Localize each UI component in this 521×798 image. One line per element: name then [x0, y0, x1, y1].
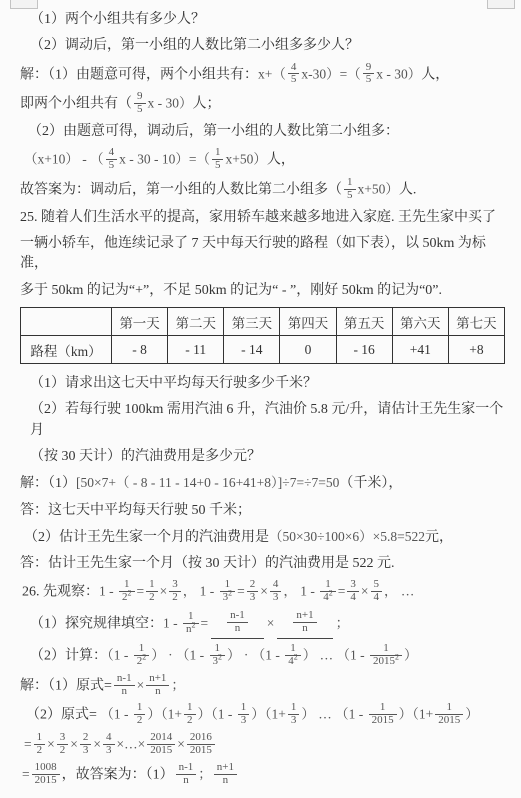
fraction: 13 [288, 702, 300, 727]
fraction: 120152 [370, 643, 402, 668]
text-run: 答：这七天中平均每天行驶 50 千米； [20, 503, 251, 518]
math-run: ）（1+ [399, 707, 434, 722]
fraction: 132 [210, 643, 226, 668]
fraction: n-1n [114, 673, 135, 698]
fraction: n-1n [176, 762, 197, 787]
math-run: = [338, 584, 346, 599]
math-run: （1 - [107, 648, 132, 663]
math-run: × [93, 737, 101, 752]
text-line: 解：（1）由题意可得，两个小组共有：x+（45x-30）=（95x - 30）人… [20, 63, 507, 88]
fraction-denominator: 2015 [147, 745, 175, 757]
table-header-cell: 第五天 [336, 308, 392, 336]
table-cell: - 11 [168, 336, 224, 364]
text-run: （2）若每行驶 100km 需用汽油 6 升，汽油价 5.8 元/升，请估计王先… [30, 402, 503, 437]
table-cell: 0 [280, 336, 336, 364]
table-header-cell: 第三天 [224, 308, 280, 336]
table-cell: +8 [448, 336, 504, 364]
text-run: 解：（1） [20, 476, 76, 491]
fraction: n+1n [214, 762, 237, 787]
text-run: 多于 50km 的记为“+”，不足 50km 的记为“ - ”，刚好 50km … [20, 283, 442, 298]
math-run: ， 1 - [283, 584, 318, 599]
math-run: （1 - [100, 707, 132, 722]
text-line: 解：（1）[50×7+（ - 8 - 11 - 14+0 - 16+41+8）]… [20, 473, 507, 494]
fraction: 142 [320, 579, 336, 604]
fraction-denominator: 2 [57, 745, 69, 757]
fraction: 23 [247, 579, 259, 604]
math-run: = [137, 584, 145, 599]
fraction: 13 [238, 702, 250, 727]
fraction-denominator: 3 [103, 745, 115, 757]
fraction-denominator: 3 [80, 745, 92, 757]
fraction-denominator: 22 [119, 592, 135, 604]
text-line: （按 30 天计）的汽油费用是多少元？ [20, 447, 507, 467]
fraction-denominator: 4 [371, 592, 383, 604]
fraction: 12 [146, 579, 158, 604]
fraction: 12 [34, 732, 46, 757]
fraction-denominator: n [227, 623, 248, 635]
text-run: 人， [421, 67, 449, 82]
text-line: 答：这七天中平均每天行驶 50 千米； [20, 501, 507, 521]
fraction-denominator: 42 [320, 592, 336, 604]
text-run: （1）请求出这七天中平均每天行驶多少千米？ [30, 376, 317, 391]
text-line: （2）若每行驶 100km 需用汽油 6 升，汽油价 5.8 元/升，请估计王先… [20, 400, 507, 441]
fraction-numerator: 1008 [32, 762, 60, 775]
fraction: 43 [270, 579, 282, 604]
fraction-denominator: 3 [238, 715, 250, 727]
text-run: 人. [399, 183, 417, 198]
page-corner-mark-left [10, 0, 38, 9]
fraction: 45 [106, 147, 118, 172]
fraction: 12 [184, 702, 196, 727]
exponent: 2 [192, 620, 196, 629]
text-line: （2）由题意可得，调动后，第一小组的人数比第二小组多： [20, 122, 507, 142]
text-run: 解：（1）原式= [20, 678, 112, 693]
fraction: 95 [134, 91, 146, 116]
fraction-denominator: n2 [183, 624, 199, 636]
fraction: 12015 [369, 702, 397, 727]
fraction: 132 [220, 579, 236, 604]
fraction-denominator: 20152 [370, 656, 402, 668]
exponent: 2 [228, 589, 232, 598]
fraction: 54 [371, 579, 383, 604]
fraction: 122 [134, 643, 150, 668]
fraction-numerator: n+1 [214, 762, 237, 775]
solution-section-25-26: （1）请求出这七天中平均每天行驶多少千米？（2）若每行驶 100km 需用汽油 … [20, 374, 507, 788]
text-run: （千米）， [339, 476, 402, 491]
math-run: x - 30） [148, 96, 193, 111]
text-line: （2）估计王先生家一个月的汽油费用是（50×30÷100×6）×5.8=522元… [20, 527, 507, 548]
text-run: 一辆小轿车，他连续记录了 7 天中每天行驶的路程（如下表），以 50km 为标准… [20, 236, 486, 271]
fraction-denominator: 2 [184, 715, 196, 727]
fraction: n-1n [227, 610, 248, 635]
math-run: x+50） [225, 152, 266, 167]
math-run: × [267, 616, 275, 631]
exponent: 2 [142, 652, 146, 661]
fraction-denominator: n [176, 775, 197, 787]
fraction-denominator: 3 [288, 715, 300, 727]
fraction: 20162015 [187, 732, 215, 757]
fraction-denominator: 5 [212, 160, 224, 172]
math-run: x+（ [258, 66, 286, 81]
table-cell: +41 [392, 336, 448, 364]
math-run: x - 30） [376, 66, 421, 81]
fraction: 15 [212, 147, 224, 172]
math-run: x - 30 - 10）=（ [119, 152, 210, 167]
text-run: （2）调动后，第一小组的人数比第二小组多多少人？ [30, 38, 359, 53]
table-cell: 路程（km） [21, 336, 112, 364]
exponent: 2 [294, 652, 298, 661]
text-line: 答：估计王先生家一个月（按 30 天计）的汽油费用是 522 元. [20, 554, 507, 574]
text-run: 人； [193, 97, 221, 112]
math-run: = [24, 737, 32, 752]
fraction-denominator: 2 [169, 592, 181, 604]
text-run: （1）两个小组共有多少人？ [30, 12, 205, 27]
math-run: × [160, 584, 168, 599]
distance-table-body: 路程（km）- 8- 11- 140- 16+41+8 [21, 336, 505, 364]
fraction-denominator: 3 [247, 592, 259, 604]
fraction-denominator: 2 [146, 592, 158, 604]
table-cell: - 8 [112, 336, 168, 364]
fraction-numerator: n-1 [114, 673, 135, 686]
fraction-denominator: 2015 [32, 775, 60, 787]
fraction-denominator: 5 [134, 104, 146, 116]
text-line: （2）计算：（1 - 122） · （1 - 132） · （1 - 142） … [20, 644, 507, 669]
math-run: 1 - [99, 584, 117, 599]
text-line: （2）调动后，第一小组的人数比第二小组多多少人？ [20, 36, 507, 56]
fraction: 10082015 [32, 762, 60, 787]
text-line: （1）两个小组共有多少人？ [20, 10, 507, 30]
fraction: 32 [169, 579, 181, 604]
math-run: x+50） [358, 182, 399, 197]
fraction: 142 [285, 643, 301, 668]
fraction-denominator: n [293, 623, 316, 635]
fraction: 20142015 [147, 732, 175, 757]
table-header-cell: 第四天 [280, 308, 336, 336]
math-run: ×…× [117, 737, 146, 752]
text-run: （2）原式= [26, 708, 100, 723]
fill-in-blank: n-1n [211, 610, 264, 639]
fraction-denominator: n [214, 775, 237, 787]
fraction-denominator: 32 [220, 592, 236, 604]
text-run: （2）由题意可得，调动后，第一小组的人数比第二小组多： [28, 124, 399, 139]
text-line: =10082015，故答案为：（1）n-1n；n+1n [20, 763, 507, 788]
fraction-denominator: 5 [344, 190, 356, 202]
page-corner-mark-right [487, 0, 515, 9]
fraction: 34 [347, 579, 359, 604]
text-line: 解：（1）原式=n-1n×n+1n； [20, 674, 507, 699]
fraction: 23 [80, 732, 92, 757]
fraction: 1n2 [183, 611, 199, 636]
math-run: × [70, 737, 78, 752]
table-cell: - 16 [336, 336, 392, 364]
exponent: 2 [329, 589, 333, 598]
math-run: （x+10） - （ [24, 152, 104, 167]
text-line: 即两个小组共有（95x - 30）人； [20, 92, 507, 117]
fraction-denominator: 4 [347, 592, 359, 604]
fraction: 32 [57, 732, 69, 757]
table-header-cell [21, 308, 112, 336]
text-line: 多于 50km 的记为“+”，不足 50km 的记为“ - ”，刚好 50km … [20, 281, 507, 301]
math-run: × [47, 737, 55, 752]
text-run: ，故答案为：（1） [62, 768, 174, 783]
text-line: （x+10） - （45x - 30 - 10）=（15x+50）人， [20, 148, 507, 173]
fill-in-blank: n+1n [277, 610, 332, 639]
fraction: 15 [344, 177, 356, 202]
text-line: 一辆小轿车，他连续记录了 7 天中每天行驶的路程（如下表），以 50km 为标准… [20, 234, 507, 275]
math-run: ， 1 - [183, 584, 218, 599]
fraction-denominator: 22 [134, 656, 150, 668]
math-run: = [237, 584, 245, 599]
math-run: ； [171, 677, 185, 692]
fraction: 12 [134, 702, 146, 727]
text-line: 故答案为：调动后，第一小组的人数比第二小组多（15x+50）人. [20, 178, 507, 203]
math-run: ） … （1 - [303, 648, 368, 663]
math-run: × [260, 584, 268, 599]
fraction-denominator: 42 [285, 656, 301, 668]
math-run: ） · （1 - [227, 648, 283, 663]
text-line: 25. 随着人们生活水平的提高，家用轿车越来越多地进入家庭. 王先生家中买了 [20, 208, 507, 228]
math-run: = [201, 616, 209, 631]
fraction: 12015 [435, 702, 463, 727]
fraction-denominator: 2015 [187, 745, 215, 757]
math-run: ， … [384, 584, 414, 599]
text-run: 即两个小组共有（ [20, 97, 132, 112]
math-run: ）（1 - [198, 707, 236, 722]
text-run: （2）估计王先生家一个月的汽油费用是 [24, 530, 269, 545]
text-run: 25. 随着人们生活水平的提高，家用轿车越来越多地进入家庭. 王先生家中买了 [20, 210, 496, 225]
text-line: =12×32×23×43×…×20142015×20162015 [20, 733, 507, 758]
math-run: [50×7+（ - 8 - 11 - 14+0 - 16+41+8）]÷7=÷7… [76, 475, 339, 490]
fraction: n+1n [293, 610, 316, 635]
text-run: 故答案为：调动后，第一小组的人数比第二小组多（ [20, 183, 342, 198]
math-run: = [22, 767, 30, 782]
math-run: ） … （1 - [301, 707, 366, 722]
fraction-denominator: 5 [363, 74, 375, 86]
math-run: ； [336, 616, 350, 631]
fraction-numerator: n-1 [176, 762, 197, 775]
math-run: ）（1+ [147, 707, 182, 722]
document-page: （1）两个小组共有多少人？（2）调动后，第一小组的人数比第二小组多多少人？解：（… [0, 0, 521, 788]
math-run: ） [404, 648, 418, 663]
text-run: 人， [267, 153, 295, 168]
math-run: × [361, 584, 369, 599]
text-line: （2）原式= （1 - 12）（1+12）（1 - 13）（1+13） … （1… [20, 703, 507, 728]
fraction-denominator: 2015 [369, 715, 397, 727]
math-run: × [177, 737, 185, 752]
text-line: 26. 先观察：1 - 122=12×32， 1 - 132=23×43， 1 … [20, 580, 507, 605]
fraction-denominator: 3 [270, 592, 282, 604]
solution-section-24: （1）两个小组共有多少人？（2）调动后，第一小组的人数比第二小组多多少人？解：（… [20, 10, 507, 301]
fraction: n+1n [146, 673, 169, 698]
fraction-denominator: 2 [134, 715, 146, 727]
fraction-denominator: 32 [210, 656, 226, 668]
math-run: ） · （1 - [151, 648, 207, 663]
exponent: 2 [395, 652, 399, 661]
math-run: 1 - [163, 616, 181, 631]
math-run: ） [465, 707, 479, 722]
fraction: 122 [119, 579, 135, 604]
fraction-numerator: n+1 [146, 673, 169, 686]
text-run: 答：估计王先生家一个月（按 30 天计）的汽油费用是 522 元. [20, 556, 395, 571]
text-run: （1）探究规律填空： [30, 617, 163, 632]
math-run: × [137, 677, 145, 692]
distance-table-head: 第一天第二天第三天第四天第五天第六天第七天 [21, 308, 505, 336]
fraction: 95 [363, 62, 375, 87]
math-run: ）（1+ [251, 707, 286, 722]
exponent: 2 [128, 589, 132, 598]
math-run: ； [198, 767, 212, 782]
table-header-cell: 第六天 [392, 308, 448, 336]
exponent: 2 [218, 652, 222, 661]
fraction: 45 [288, 62, 300, 87]
fraction: 43 [103, 732, 115, 757]
fraction-denominator: n [146, 686, 169, 698]
distance-table: 第一天第二天第三天第四天第五天第六天第七天 路程（km）- 8- 11- 140… [20, 307, 505, 364]
table-header-cell: 第七天 [448, 308, 504, 336]
text-run: （按 30 天计）的汽油费用是多少元？ [30, 449, 261, 464]
text-run: 元， [425, 530, 453, 545]
text-line: （1）探究规律填空：1 - 1n2=n-1n×n+1n； [20, 610, 507, 639]
table-row: 路程（km）- 8- 11- 140- 16+41+8 [21, 336, 505, 364]
fraction-denominator: 5 [106, 160, 118, 172]
text-run: （2）计算： [30, 649, 107, 664]
fraction-denominator: n [114, 686, 135, 698]
table-header-cell: 第二天 [168, 308, 224, 336]
math-run: x-30）=（ [301, 66, 360, 81]
text-run: 解：（1）由题意可得，两个小组共有： [20, 67, 258, 82]
table-header-cell: 第一天 [112, 308, 168, 336]
text-run: 26. 先观察： [22, 585, 99, 600]
math-run: （50×30÷100×6）×5.8=522 [269, 529, 425, 544]
text-line: （1）请求出这七天中平均每天行驶多少千米？ [20, 374, 507, 394]
fraction-denominator: 2015 [435, 715, 463, 727]
table-cell: - 14 [224, 336, 280, 364]
fraction-denominator: 2 [34, 745, 46, 757]
fraction-denominator: 5 [288, 74, 300, 86]
